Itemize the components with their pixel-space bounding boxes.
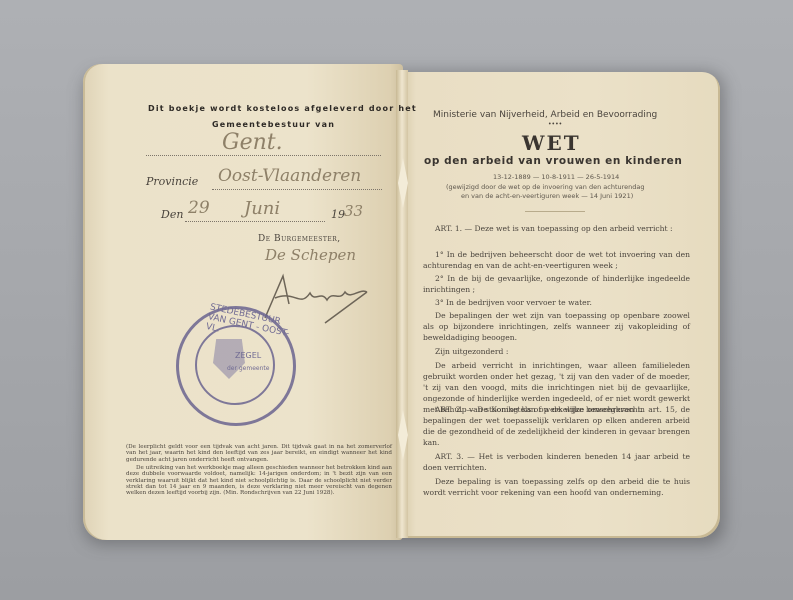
- date-month-handwritten: Juni: [244, 198, 280, 219]
- article-1: ART. 1. — Deze wet is van toepassing op …: [423, 223, 690, 234]
- booklet-spine: [396, 70, 408, 538]
- stamp-center-line1: ZEGEL: [235, 351, 261, 360]
- article-3: ART. 3. — Het is verboden kinderen bened…: [423, 451, 690, 473]
- amendment-line2: en van de acht-en-veertiguren week — 14 …: [461, 192, 633, 200]
- article-1-item-2: 2° In de bij de gevaarlijke, ongezonde o…: [423, 273, 690, 295]
- mayor-delegate-handwritten: De Schepen: [265, 246, 356, 264]
- footnote-paragraph-2: De uitreiking van het werkboekje mag all…: [126, 465, 392, 496]
- article-2: ART. 2. — De Koning kan op de wijze omsc…: [423, 404, 690, 448]
- municipality-handwritten: Gent.: [222, 130, 283, 155]
- amendment-line1: (gewijzigd door de wet op de invoering v…: [446, 183, 645, 191]
- ministry-heading: Ministerie van Nijverheid, Arbeid en Bev…: [433, 110, 657, 120]
- footnote-paragraph-1: (De leerplicht geldt voor een tijdvak va…: [126, 444, 392, 463]
- municipality-line: [146, 155, 381, 156]
- province-handwritten: Oost-Vlaanderen: [218, 166, 361, 186]
- article-3-scope: Deze bepaling is van toepassing zelfs op…: [423, 476, 690, 498]
- date-label: Den: [161, 208, 183, 221]
- article-1-item-3: 3° In de bedrijven voor vervoer te water…: [423, 297, 690, 308]
- divider: [525, 211, 585, 212]
- article-1-item-1: 1° In de bedrijven beheerscht door de we…: [423, 249, 690, 271]
- law-dates: 13-12-1889 — 10-8-1911 — 26-5-1914: [493, 173, 619, 181]
- province-line: [212, 189, 382, 190]
- mayor-label: De Burgemeester,: [258, 234, 341, 244]
- year-handwritten: 33: [344, 202, 363, 220]
- article-1-exceptions-label: Zijn uitgezonderd :: [423, 346, 690, 357]
- law-subtitle: op den arbeid van vrouwen en kinderen: [424, 155, 682, 167]
- left-header-line2: Gemeentebestuur van: [212, 120, 335, 129]
- ornament: ••••: [548, 121, 562, 128]
- year-printed: 19: [331, 208, 345, 221]
- left-header-line1: Dit boekje wordt kosteloos afgeleverd do…: [148, 104, 417, 113]
- article-1-scope: De bepalingen der wet zijn van toepassin…: [423, 310, 690, 343]
- stamp-center-line2: der gemeente: [227, 365, 269, 372]
- municipal-stamp: STEDEBESTUUR VAN GENT - OOST-VL. ZEGEL d…: [176, 306, 296, 426]
- province-label: Provincie: [146, 175, 198, 188]
- date-line: [185, 221, 325, 222]
- law-title: WET: [522, 131, 581, 155]
- date-day-handwritten: 29: [188, 198, 210, 218]
